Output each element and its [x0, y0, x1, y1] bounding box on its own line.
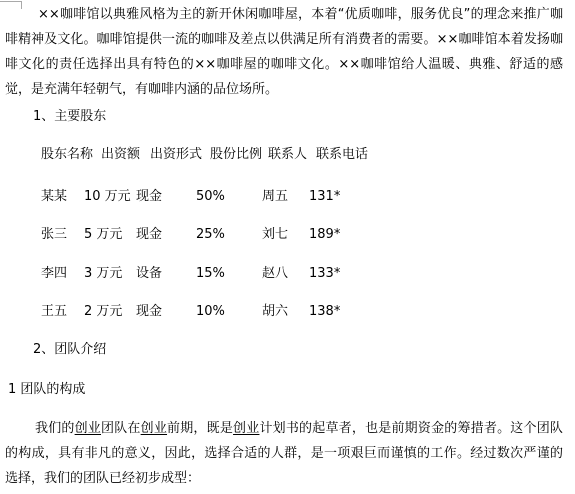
underlined-term: 创业	[141, 421, 167, 436]
table-row: 李四 3 万元 设备 15% 赵八 133*	[0, 265, 575, 282]
cell-phone: 138*	[309, 303, 340, 320]
cell-name: 李四	[41, 265, 67, 282]
cell-amount: 3 万元	[84, 265, 122, 282]
section-heading-shareholders: 1、主要股东	[33, 108, 106, 125]
cell-form: 设备	[136, 265, 162, 282]
column-header-phone: 联系电话	[316, 146, 368, 163]
text-segment: 我们的	[35, 421, 75, 436]
cell-share: 10%	[196, 303, 225, 320]
cell-contact: 胡六	[262, 303, 288, 320]
cell-name: 王五	[41, 303, 67, 320]
table-row: 张三 5 万元 现金 25% 刘七 189*	[0, 226, 575, 243]
underlined-term: 创业	[75, 421, 101, 436]
table-header-row: 股东名称 出资额 出资形式 股份比例 联系人 联系电话	[0, 146, 575, 163]
cell-contact: 赵八	[262, 265, 288, 282]
cell-share: 15%	[196, 265, 225, 282]
column-header-form: 出资形式	[150, 146, 202, 163]
cell-share: 50%	[196, 188, 225, 205]
text-segment: 前期，既是	[167, 421, 233, 436]
cell-amount: 2 万元	[84, 303, 122, 320]
cell-amount: 10 万元	[84, 188, 131, 205]
intro-paragraph: ××咖啡馆以典雅风格为主的新开休闲咖啡屋，本着“优质咖啡，服务优良”的理念来推广…	[5, 2, 563, 102]
cell-name: 张三	[41, 226, 67, 243]
column-header-name: 股东名称	[41, 146, 93, 163]
column-header-contact: 联系人	[268, 146, 307, 163]
cell-phone: 131*	[309, 188, 340, 205]
underlined-term: 创业	[233, 421, 259, 436]
cell-form: 现金	[136, 226, 162, 243]
document-page: ××咖啡馆以典雅风格为主的新开休闲咖啡屋，本着“优质咖啡，服务优良”的理念来推广…	[0, 0, 575, 494]
cell-phone: 133*	[309, 265, 340, 282]
table-row: 王五 2 万元 现金 10% 胡六 138*	[0, 303, 575, 320]
column-header-amount: 出资额	[101, 146, 140, 163]
cell-contact: 周五	[262, 188, 288, 205]
cell-amount: 5 万元	[84, 226, 122, 243]
cell-form: 现金	[136, 303, 162, 320]
cell-form: 现金	[136, 188, 162, 205]
text-segment: 团队在	[101, 421, 141, 436]
cell-phone: 189*	[309, 226, 340, 243]
cell-share: 25%	[196, 226, 225, 243]
table-row: 某某 10 万元 现金 50% 周五 131*	[0, 188, 575, 205]
column-header-share: 股份比例	[210, 146, 262, 163]
team-paragraph: 我们的创业团队在创业前期，既是创业计划书的起草者，也是前期资金的筹措者。这个团队…	[5, 416, 563, 491]
subsection-heading-team-composition: 1 团队的构成	[8, 381, 85, 398]
section-heading-team: 2、团队介绍	[33, 341, 106, 358]
cell-name: 某某	[41, 188, 67, 205]
cell-contact: 刘七	[262, 226, 288, 243]
